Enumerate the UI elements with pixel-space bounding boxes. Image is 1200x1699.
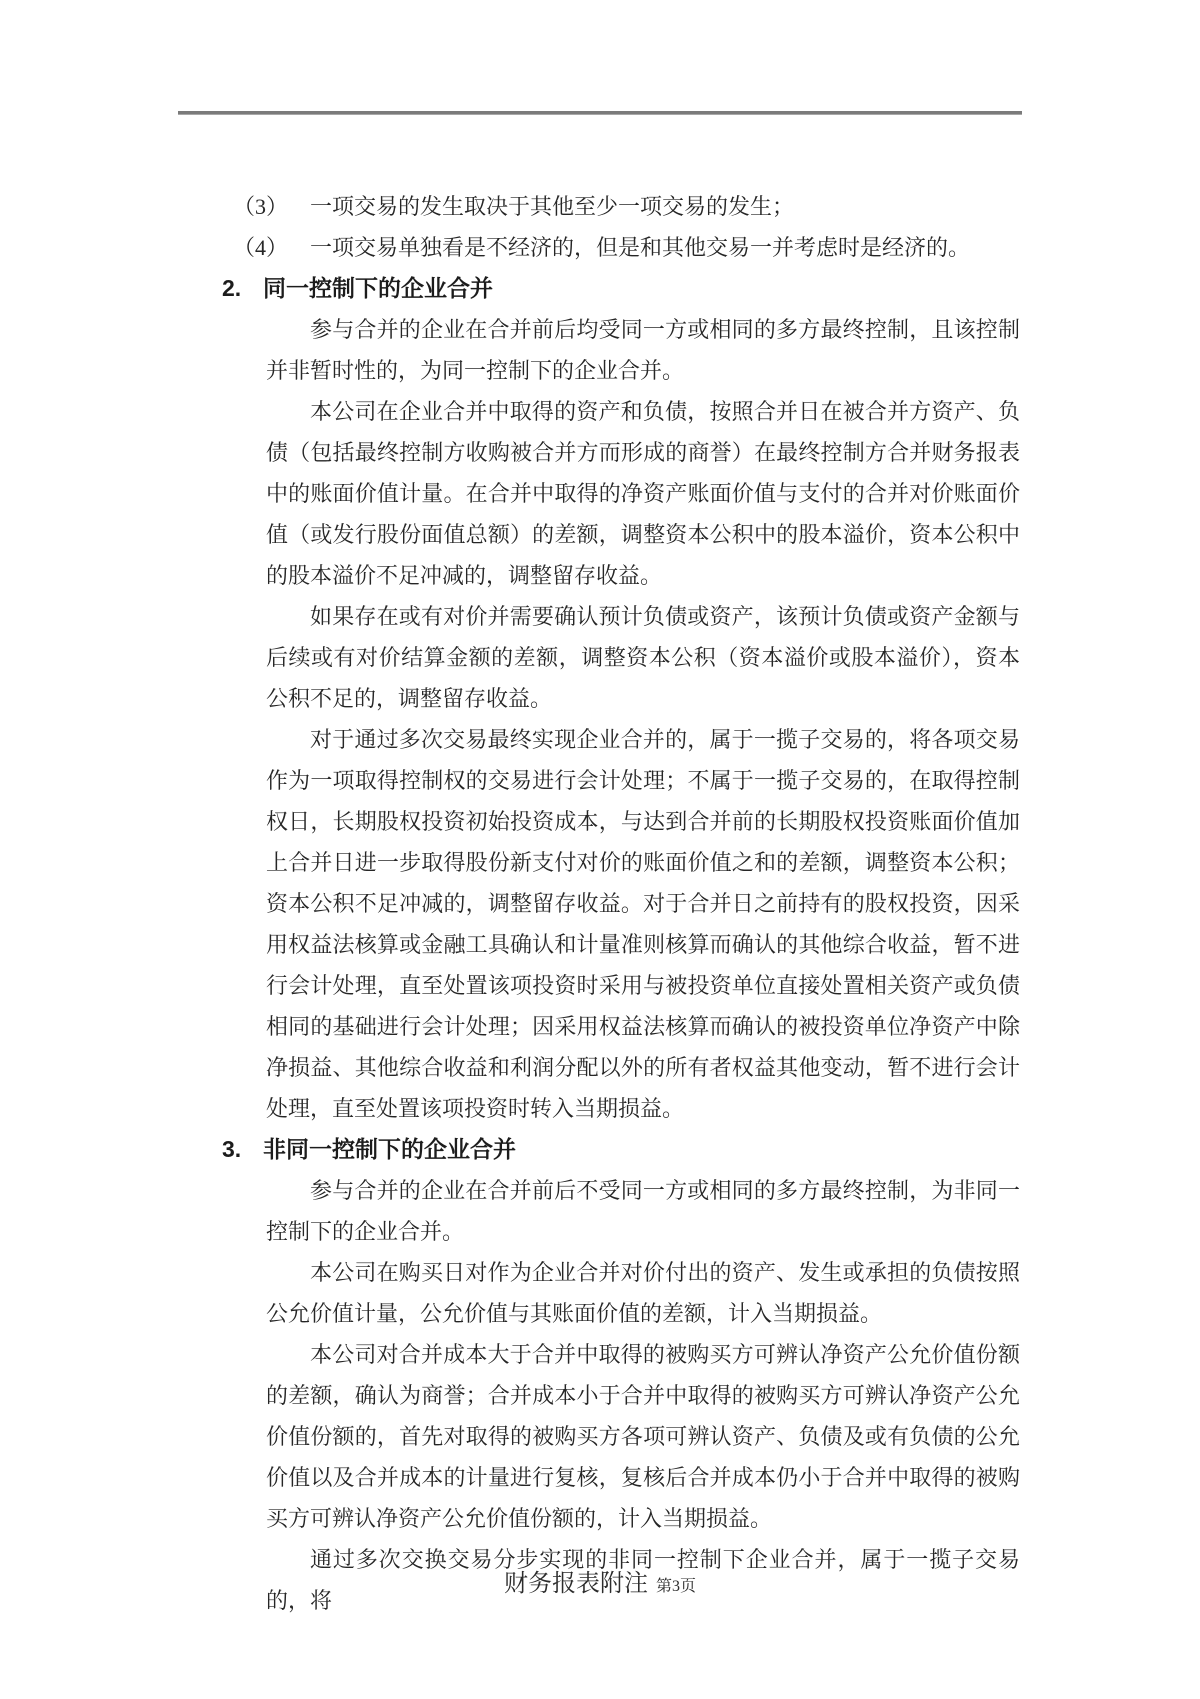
section-heading: 3.非同一控制下的企业合并: [222, 1129, 1020, 1170]
paragraph: 参与合并的企业在合并前后均受同一方或相同的多方最终控制，且该控制并非暂时性的，为…: [266, 309, 1020, 391]
section-title: 同一控制下的企业合并: [263, 275, 493, 301]
paragraph: 对于通过多次交易最终实现企业合并的，属于一揽子交易的，将各项交易作为一项取得控制…: [266, 719, 1020, 1129]
section-number: 3.: [222, 1129, 263, 1170]
page-footer: 财务报表附注第3页: [0, 1563, 1200, 1598]
condition-item: （4）一项交易单独看是不经济的，但是和其他交易一并考虑时是经济的。: [233, 227, 1020, 268]
document-page: （3）一项交易的发生取决于其他至少一项交易的发生； （4）一项交易单独看是不经济…: [0, 0, 1200, 1699]
item-number: （3）: [233, 186, 310, 227]
item-number: （4）: [233, 227, 310, 268]
paragraph: 如果存在或有对价并需要确认预计负债或资产，该预计负债或资产金额与后续或有对价结算…: [266, 596, 1020, 719]
section-title: 非同一控制下的企业合并: [263, 1136, 516, 1162]
page-content: （3）一项交易的发生取决于其他至少一项交易的发生； （4）一项交易单独看是不经济…: [266, 186, 1020, 1621]
section-heading: 2.同一控制下的企业合并: [222, 268, 1020, 309]
paragraph: 本公司对合并成本大于合并中取得的被购买方可辨认净资产公允价值份额的差额，确认为商…: [266, 1334, 1020, 1539]
footer-label: 财务报表附注: [504, 1571, 648, 1597]
footer-page-number: 第3页: [656, 1578, 696, 1595]
item-text: 一项交易的发生取决于其他至少一项交易的发生；: [310, 194, 794, 219]
paragraph: 参与合并的企业在合并前后不受同一方或相同的多方最终控制，为非同一控制下的企业合并…: [266, 1170, 1020, 1252]
condition-item: （3）一项交易的发生取决于其他至少一项交易的发生；: [233, 186, 1020, 227]
section-number: 2.: [222, 268, 263, 309]
item-text: 一项交易单独看是不经济的，但是和其他交易一并考虑时是经济的。: [310, 235, 970, 260]
header-divider: [178, 111, 1022, 115]
paragraph: 本公司在企业合并中取得的资产和负债，按照合并日在被合并方资产、负债（包括最终控制…: [266, 391, 1020, 596]
paragraph: 本公司在购买日对作为企业合并对价付出的资产、发生或承担的负债按照公允价值计量，公…: [266, 1252, 1020, 1334]
